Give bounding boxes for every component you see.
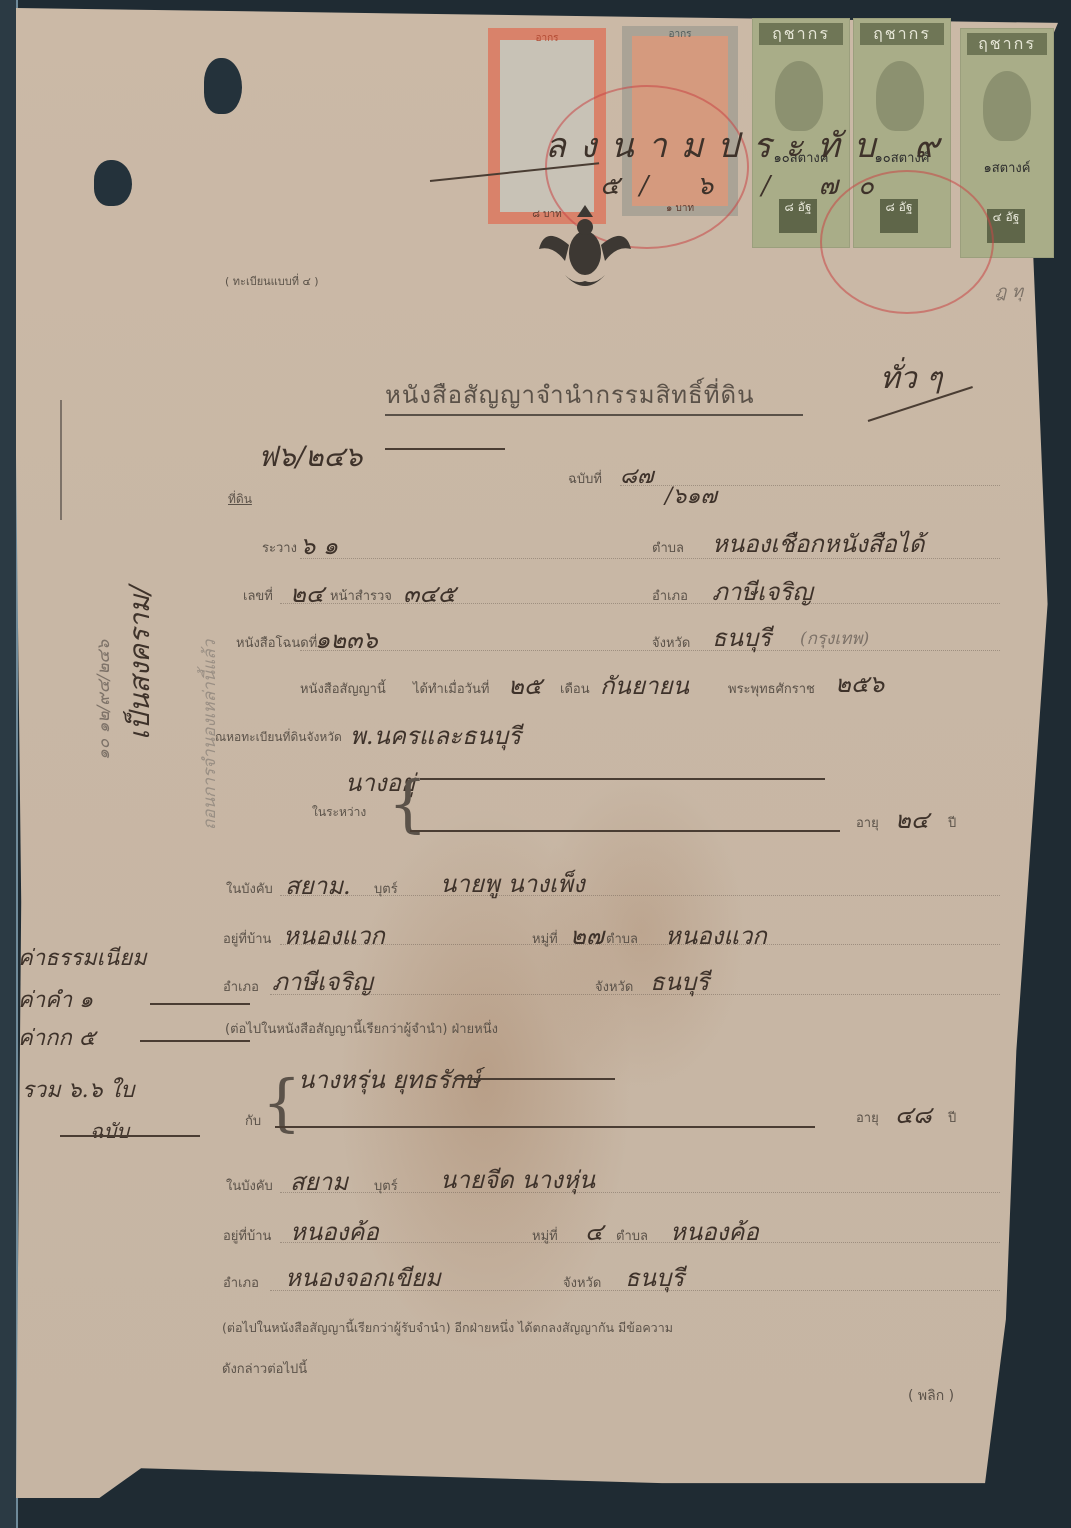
paper-hole xyxy=(94,160,132,206)
fill-line xyxy=(280,1192,1000,1193)
brace-icon: { xyxy=(388,773,427,835)
margin-stroke xyxy=(150,1003,250,1005)
margin-stroke xyxy=(140,1040,250,1042)
paper-hole xyxy=(204,58,242,114)
margin-line-3: ค่ากก ๕ xyxy=(18,1020,95,1055)
fill-line xyxy=(280,603,1000,604)
party1-role-note: (ต่อไปในหนังสือสัญญานี้เรียกว่าผู้จำนำ) … xyxy=(225,1018,498,1039)
made-on-label: ได้ทำเมื่อวันที่ xyxy=(413,678,489,699)
stamp-header: อากร xyxy=(632,27,728,42)
title-underline xyxy=(385,414,803,416)
rawang-value: ๖ ๑ xyxy=(300,526,338,565)
party2-age-unit: ปี xyxy=(948,1107,956,1128)
party1-changwat: ธนบุรี xyxy=(650,962,709,1001)
party1-village: หนองแวก xyxy=(283,916,385,955)
fill-line xyxy=(300,558,1000,559)
stamp-cancellation-signature: ลงนามประทับ ๙ xyxy=(545,118,953,172)
contract-year: ๒๕๖ xyxy=(835,664,884,703)
rawang-label: ระวาง xyxy=(262,537,297,558)
party2-village: หนองค้อ xyxy=(290,1212,379,1251)
margin-vertical-faded: ถอนการจำนองเหล่านี้แล้ว xyxy=(196,640,223,830)
corner-note: ฎ ทุ xyxy=(995,278,1023,305)
fill-line xyxy=(280,1242,1000,1243)
party2-moo: ๔ xyxy=(585,1212,603,1251)
party2-amphoe: หนองจอกเขียม xyxy=(285,1258,441,1297)
party1-amphoe-label: อำเภอ xyxy=(223,976,259,997)
party2-age: ๔๘ xyxy=(895,1095,932,1134)
party2-role-note: (ต่อไปในหนังสือสัญญานี้เรียกว่าผู้รับจำน… xyxy=(222,1318,673,1338)
amphoe-value: ภาษีเจริญ xyxy=(712,572,813,611)
fill-line xyxy=(280,944,1000,945)
office-label: ณหอทะเบียนที่ดินจังหวัด xyxy=(215,728,342,747)
party1-tambon: หนองแวก xyxy=(665,916,767,955)
fill-line xyxy=(270,1290,1000,1291)
copy-number-sub: /๖๑๗ xyxy=(665,478,717,513)
changwat-note: (กรุงเทพ) xyxy=(800,625,869,652)
name-line xyxy=(455,1078,615,1080)
fill-line xyxy=(620,485,1000,486)
party1-age-unit: ปี xyxy=(948,812,956,833)
margin-line-1: ค่าธรรมเนียม xyxy=(18,940,147,975)
party2-child-of: นายจีด นางหุ่น xyxy=(440,1160,595,1199)
name-line xyxy=(275,1126,815,1128)
party2-age-label: อายุ xyxy=(856,1107,879,1128)
name-line xyxy=(410,830,840,832)
party1-age: ๒๔ xyxy=(895,800,929,839)
namsamruat-value: ๓๔๕ xyxy=(403,574,456,613)
year-label: พระพุทธศักราช xyxy=(728,678,815,699)
margin-vertical-signature: เป็นสงคราม/ xyxy=(118,585,162,740)
lek-value: ๒๔ xyxy=(290,574,324,613)
party1-amphoe: ภาษีเจริญ xyxy=(272,962,373,1001)
fill-line xyxy=(280,895,1000,896)
stamp-header: ฤชากร xyxy=(967,33,1047,55)
party1-age-label: อายุ xyxy=(856,812,879,833)
party2-nationality: สยาม xyxy=(290,1162,348,1201)
party1-moo: ๒๗ xyxy=(570,916,604,955)
chanot-value: ๑๒๓๖ xyxy=(315,620,378,659)
fill-line xyxy=(270,994,1000,995)
frame-edge xyxy=(0,0,18,1528)
reference-stroke xyxy=(385,448,505,450)
document-title: หนังสือสัญญาจำนำกรรมสิทธิ์ที่ดิน xyxy=(385,375,755,414)
form-number: ( ทะเบียนแบบที่ ๔ ) xyxy=(225,272,319,290)
party2-village-label: อยู่ที่บ้าน xyxy=(223,1225,271,1246)
margin-stroke xyxy=(60,1135,200,1137)
margin-line-2: ค่าคำ ๑ xyxy=(18,982,93,1017)
party2-tambon: หนองค้อ xyxy=(670,1212,759,1251)
land-section-label: ที่ดิน xyxy=(228,490,252,509)
turn-over-note: ( พลิก ) xyxy=(908,1385,954,1407)
lek-label: เลขที่ xyxy=(243,585,273,606)
party1-nationality: สยาม. xyxy=(285,866,351,905)
party1-village-label: อยู่ที่บ้าน xyxy=(223,928,271,949)
party1-tambon-label: ตำบล xyxy=(606,928,638,949)
between-label: ในระหว่าง xyxy=(312,803,366,822)
party1-nationality-label: ในบังคับ xyxy=(226,878,273,899)
changwat-value: ธนบุรี xyxy=(712,618,771,657)
stamp-header: อากร xyxy=(500,31,594,46)
stamp-header: ฤชากร xyxy=(759,23,843,45)
fill-line xyxy=(300,650,1000,651)
stamp-value: ๑สตางค์ xyxy=(961,157,1053,178)
party1-moo-label: หมู่ที่ xyxy=(532,928,558,949)
top-right-signature: ทั่ว ๆ xyxy=(880,355,942,402)
contract-day: ๒๕ xyxy=(508,666,542,705)
margin-stroke xyxy=(60,400,64,520)
stamp-cancellation-date: ๕/ ๖ / ๗๐ xyxy=(600,165,894,206)
copy-number-value: ๘๗ xyxy=(620,458,654,493)
contract-prefix: หนังสือสัญญานี้ xyxy=(300,678,386,699)
tambon-label: ตำบล xyxy=(652,537,684,558)
brace-icon: { xyxy=(262,1072,301,1134)
king-portrait-icon xyxy=(983,71,1031,141)
party2-name: นางหรุ่น ยุทธรักษ์ xyxy=(298,1060,480,1099)
party2-role-note-cont: ดังกล่าวต่อไปนี้ xyxy=(222,1358,307,1379)
party1-child-of: นายพู นางเพ็ง xyxy=(440,864,585,903)
party2-amphoe-label: อำเภอ xyxy=(223,1272,259,1293)
party2-with-label: กับ xyxy=(245,1110,261,1131)
office-value: พ.นครและธนบุรี xyxy=(350,716,521,755)
party2-nationality-label: ในบังคับ xyxy=(226,1175,273,1196)
copy-number-label: ฉบับที่ xyxy=(568,468,602,489)
garuda-emblem-icon xyxy=(535,205,635,297)
contract-month: กันยายน xyxy=(600,666,689,705)
reference-number: ฟ๖/๒๔๖ xyxy=(258,435,362,479)
margin-vertical-small: ๑๐ ๑๒/๙๔/๒๔๖ xyxy=(90,640,117,760)
stamp-header: ฤชากร xyxy=(860,23,944,45)
margin-line-5: ฉบับ xyxy=(90,1115,129,1147)
margin-line-4: รวม ๖.๖ ใบ xyxy=(22,1072,134,1107)
name-line xyxy=(420,778,825,780)
month-label: เดือน xyxy=(560,678,590,699)
party2-changwat: ธนบุรี xyxy=(625,1258,684,1297)
